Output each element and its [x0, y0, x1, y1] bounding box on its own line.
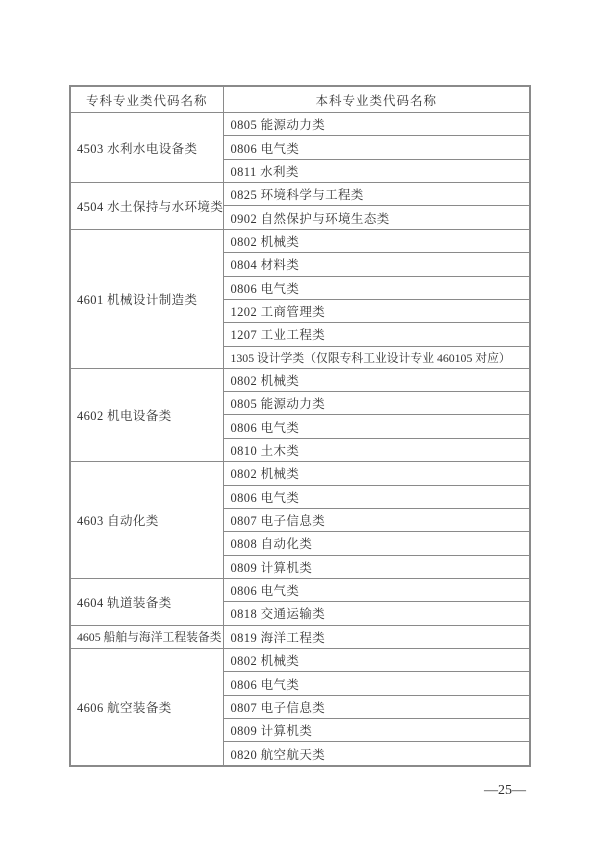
undergrad-cell: 0807 电子信息类: [223, 508, 530, 531]
undergrad-cell: 0802 机械类: [223, 368, 530, 391]
document-page: 专科专业类代码名称 本科专业类代码名称 4503 水利水电设备类 0805 能源…: [0, 0, 600, 848]
undergrad-cell: 0805 能源动力类: [223, 113, 530, 136]
undergrad-cell: 0818 交通运输类: [223, 602, 530, 625]
column-header-specialty: 专科专业类代码名称: [70, 86, 223, 113]
undergrad-cell: 0807 电子信息类: [223, 695, 530, 718]
specialty-cell: 4606 航空装备类: [70, 649, 223, 766]
undergrad-cell: 0809 计算机类: [223, 555, 530, 578]
undergrad-cell: 0820 航空航天类: [223, 742, 530, 766]
specialty-cell: 4601 机械设计制造类: [70, 229, 223, 368]
undergrad-cell: 0806 电气类: [223, 276, 530, 299]
undergrad-cell: 0811 水利类: [223, 159, 530, 182]
table-row: 4603 自动化类 0802 机械类: [70, 462, 530, 485]
specialty-cell: 4604 轨道装备类: [70, 578, 223, 625]
table-row: 4604 轨道装备类 0806 电气类: [70, 578, 530, 601]
undergrad-cell: 0806 电气类: [223, 578, 530, 601]
undergrad-cell: 0806 电气类: [223, 485, 530, 508]
undergrad-cell: 0808 自动化类: [223, 532, 530, 555]
major-mapping-table: 专科专业类代码名称 本科专业类代码名称 4503 水利水电设备类 0805 能源…: [69, 85, 531, 767]
undergrad-cell: 0819 海洋工程类: [223, 625, 530, 648]
table-row: 4601 机械设计制造类 0802 机械类: [70, 229, 530, 252]
specialty-cell: 4605 船舶与海洋工程装备类: [70, 625, 223, 648]
undergrad-cell: 1202 工商管理类: [223, 299, 530, 322]
undergrad-cell: 0802 机械类: [223, 229, 530, 252]
undergrad-cell: 1305 设计学类（仅限专科工业设计专业 460105 对应）: [223, 346, 530, 368]
undergrad-cell: 0810 土木类: [223, 438, 530, 461]
specialty-cell: 4602 机电设备类: [70, 368, 223, 461]
undergrad-cell: 0805 能源动力类: [223, 392, 530, 415]
undergrad-cell: 0902 自然保护与环境生态类: [223, 206, 530, 229]
column-header-undergraduate: 本科专业类代码名称: [223, 86, 530, 113]
table-row: 4504 水土保持与水环境类 0825 环境科学与工程类: [70, 183, 530, 206]
undergrad-cell: 0802 机械类: [223, 649, 530, 672]
undergrad-cell: 0809 计算机类: [223, 719, 530, 742]
specialty-cell: 4503 水利水电设备类: [70, 113, 223, 183]
undergrad-cell: 0825 环境科学与工程类: [223, 183, 530, 206]
page-number: —25—: [484, 783, 526, 799]
specialty-cell: 4603 自动化类: [70, 462, 223, 579]
undergrad-cell: 1207 工业工程类: [223, 323, 530, 346]
undergrad-cell: 0802 机械类: [223, 462, 530, 485]
undergrad-cell: 0806 电气类: [223, 136, 530, 159]
undergrad-cell: 0806 电气类: [223, 672, 530, 695]
table-row: 4605 船舶与海洋工程装备类 0819 海洋工程类: [70, 625, 530, 648]
table-header-row: 专科专业类代码名称 本科专业类代码名称: [70, 86, 530, 113]
table-row: 4602 机电设备类 0802 机械类: [70, 368, 530, 391]
specialty-cell: 4504 水土保持与水环境类: [70, 183, 223, 230]
undergrad-cell: 0806 电气类: [223, 415, 530, 438]
undergrad-cell: 0804 材料类: [223, 253, 530, 276]
table-row: 4503 水利水电设备类 0805 能源动力类: [70, 113, 530, 136]
table-row: 4606 航空装备类 0802 机械类: [70, 649, 530, 672]
